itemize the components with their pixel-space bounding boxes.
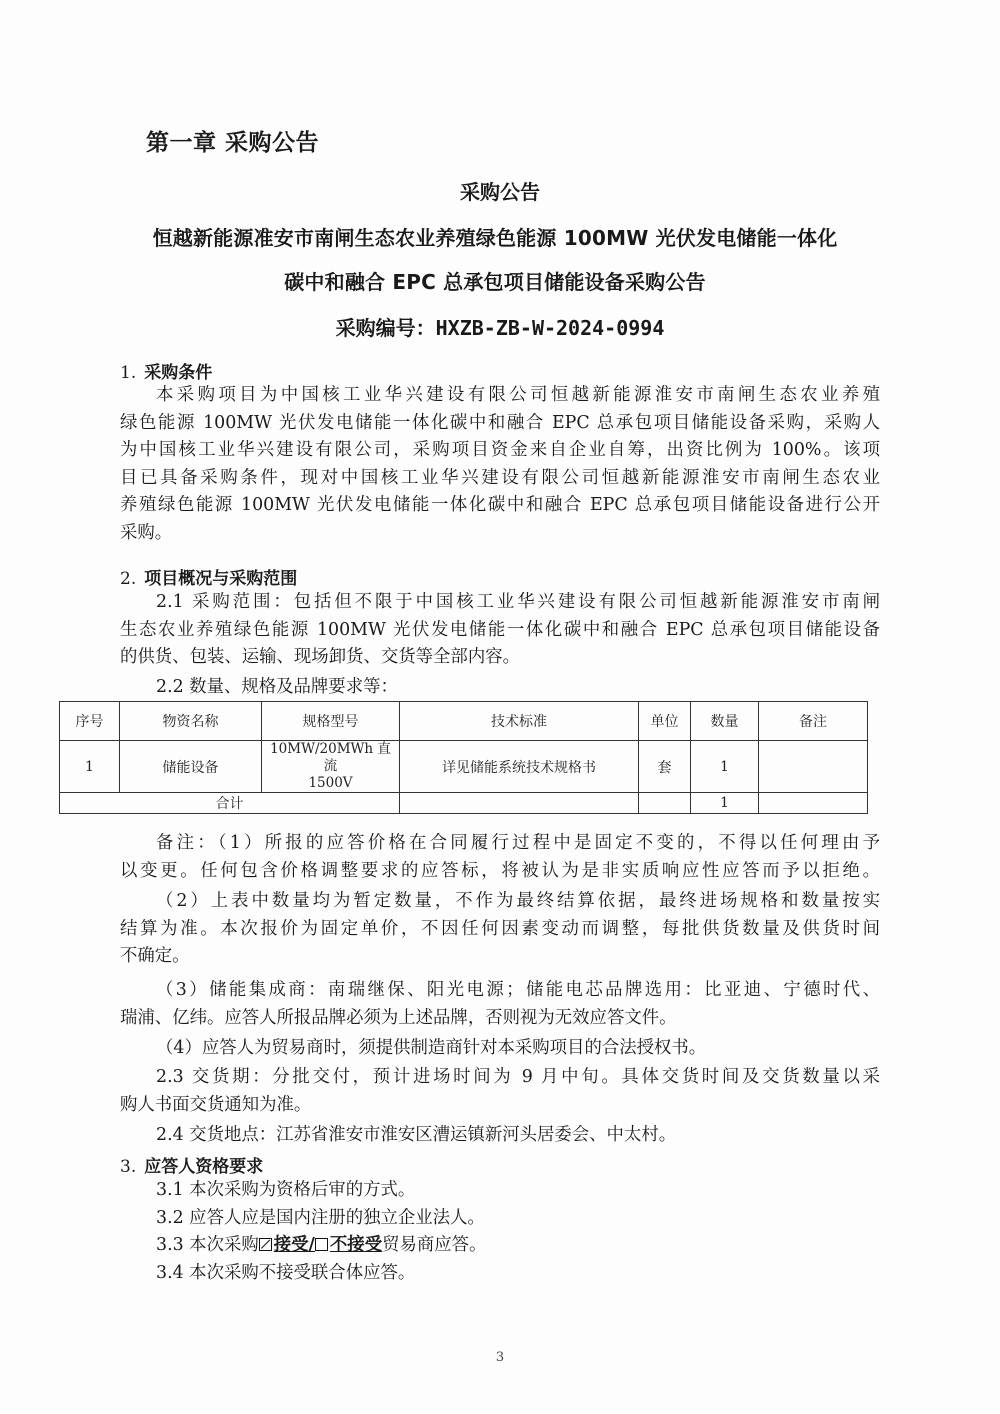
unchecked-checkbox-icon[interactable] (315, 1238, 328, 1251)
paragraph-line: 的供货、包装、运输、现场卸货、交货等全部内容。 (120, 644, 880, 672)
reject-option-label: 不接受 (330, 1235, 382, 1255)
remark-1: 备注：（1）所报的应答价格在合同履行过程中是固定不变的，不得以任何理由予 以变更… (120, 830, 880, 885)
section-1-body: 本采购项目为中国核工业华兴建设有限公司恒越新能源淮安市南闸生态农业养殖 绿色能源… (120, 382, 880, 548)
requirement-3-3-suffix: 贸易商应答。 (382, 1235, 486, 1255)
paragraph-line: （2）上表中数量均为暂定数量，不作为最终结算依据，最终进场规格和数量按实 (120, 888, 880, 916)
checked-checkbox-icon[interactable] (259, 1238, 272, 1251)
paragraph-line: 购人书面交货通知为准。 (120, 1092, 880, 1120)
cell-remark (759, 741, 868, 793)
cell-no: 1 (60, 741, 120, 793)
procurement-number: 采购编号：HXZB-ZB-W-2024-0994 (0, 312, 1000, 341)
remark-2: （2）上表中数量均为暂定数量，不作为最终结算依据，最终进场规格和数量按实 结算为… (120, 888, 880, 971)
total-empty-cell (400, 793, 639, 814)
delivery-location: 2.4 交货地点：江苏省淮安市淮安区漕运镇新河头居委会、中太村。 (120, 1122, 880, 1150)
section-2-heading: 2.项目概况与采购范围 (120, 564, 297, 589)
section-3-heading: 3.应答人资格要求 (120, 1152, 263, 1177)
paragraph-line: 瑞浦、亿纬。应答人所报品牌必须为上述品牌，否则视为无效应答文件。 (120, 1005, 880, 1033)
table-header-row: 序号 物资名称 规格型号 技术标准 单位 数量 备注 (60, 702, 868, 741)
reject-option[interactable]: 不接受 (315, 1235, 382, 1255)
procurement-number-value: HXZB-ZB-W-2024-0994 (436, 316, 665, 340)
section-2-title: 项目概况与采购范围 (144, 569, 297, 589)
scope-paragraph: 2.1 采购范围：包括但不限于中国核工业华兴建设有限公司恒越新能源淮安市南闸 生… (120, 589, 880, 672)
paragraph-line: 2.3 交货期：分批交付，预计进场时间为 9 月中旬。具体交货时间及交货数量以采 (120, 1064, 880, 1092)
total-label: 合计 (60, 793, 400, 814)
spec-line-2: 1500V (264, 775, 397, 792)
requirement-3-4: 3.4 本次采购不接受联合体应答。 (120, 1260, 880, 1288)
paragraph-line: 养殖绿色能源 100MW 光伏发电储能一体化碳中和融合 EPC 总承包项目储能设… (120, 492, 880, 520)
column-header: 数量 (691, 702, 759, 741)
notice-title: 采购公告 (0, 176, 1000, 205)
requirement-3-2: 3.2 应答人应是国内注册的独立企业法人。 (120, 1205, 880, 1233)
column-header: 物资名称 (120, 702, 262, 741)
page-number: 3 (0, 1350, 1000, 1365)
paragraph-line: 2.4 交货地点：江苏省淮安市淮安区漕运镇新河头居委会、中太村。 (120, 1122, 880, 1150)
paragraph-line: 采购。 (120, 520, 880, 548)
paragraph-line: 本采购项目为中国核工业华兴建设有限公司恒越新能源淮安市南闸生态农业养殖 (120, 382, 880, 410)
column-header: 单位 (639, 702, 691, 741)
paragraph-line: 结算为准。本次报价为固定单价，不因任何因素变动而调整，每批供货数量及供货时间 (120, 916, 880, 944)
equipment-table: 序号 物资名称 规格型号 技术标准 单位 数量 备注 1 储能设备 10MW/2… (59, 701, 868, 814)
paragraph-line: 不确定。 (120, 943, 880, 971)
cell-spec: 10MW/20MWh 直流 1500V (262, 741, 400, 793)
section-3-number: 3. (120, 1157, 136, 1177)
requirement-3-1: 3.1 本次采购为资格后审的方式。 (120, 1177, 880, 1205)
remark-4: （4）应答人为贸易商时，须提供制造商针对本采购项目的合法授权书。 (120, 1035, 880, 1063)
cell-standard: 详见储能系统技术规格书 (400, 741, 639, 793)
accept-option[interactable]: 接受 (259, 1235, 309, 1255)
cell-qty: 1 (691, 741, 759, 793)
paragraph-line: 以变更。任何包含价格调整要求的应答标，将被认为是非实质响应性应答而予以拒绝。 (120, 858, 880, 886)
section-3-items: 3.1 本次采购为资格后审的方式。 3.2 应答人应是国内注册的独立企业法人。 … (120, 1177, 880, 1287)
paragraph-line: 绿色能源 100MW 光伏发电储能一体化碳中和融合 EPC 总承包项目储能设备采… (120, 410, 880, 438)
paragraph-line: 为中国核工业华兴建设有限公司，采购项目资金来自企业自筹，出资比例为 100%。该… (120, 437, 880, 465)
section-1-heading: 1.采购条件 (120, 358, 212, 383)
total-qty: 1 (691, 793, 759, 814)
paragraph-line: 备注：（1）所报的应答价格在合同履行过程中是固定不变的，不得以任何理由予 (120, 830, 880, 858)
remark-3: （3）储能集成商：南瑞继保、阳光电源；储能电芯品牌选用：比亚迪、宁德时代、 瑞浦… (120, 977, 880, 1032)
accept-option-label: 接受 (274, 1235, 309, 1255)
section-3-title: 应答人资格要求 (144, 1157, 263, 1177)
section-1-number: 1. (120, 363, 136, 383)
column-header: 规格型号 (262, 702, 400, 741)
paragraph-line: 目已具备采购条件，现对中国核工业华兴建设有限公司恒越新能源淮安市南闸生态农业 (120, 465, 880, 493)
project-title-line-1: 恒越新能源准安市南闸生态农业养殖绿色能源 100MW 光伏发电储能一体化 (0, 222, 995, 251)
spec-intro-text: 2.2 数量、规格及品牌要求等： (120, 674, 880, 702)
paragraph-line: 2.1 采购范围：包括但不限于中国核工业华兴建设有限公司恒越新能源淮安市南闸 (120, 589, 880, 617)
table-total-row: 合计 1 (60, 793, 868, 814)
project-title-line-2: 碳中和融合 EPC 总承包项目储能设备采购公告 (0, 266, 995, 295)
chapter-title: 第一章 采购公告 (146, 124, 319, 157)
total-empty-cell (759, 793, 868, 814)
delivery-period: 2.3 交货期：分批交付，预计进场时间为 9 月中旬。具体交货时间及交货数量以采… (120, 1064, 880, 1119)
table-row: 1 储能设备 10MW/20MWh 直流 1500V 详见储能系统技术规格书 套… (60, 741, 868, 793)
cell-unit: 套 (639, 741, 691, 793)
cell-name: 储能设备 (120, 741, 262, 793)
paragraph-line: （4）应答人为贸易商时，须提供制造商针对本采购项目的合法授权书。 (120, 1035, 880, 1063)
procurement-number-label: 采购编号： (336, 316, 436, 340)
section-2-number: 2. (120, 569, 136, 589)
spec-line-1: 10MW/20MWh 直流 (264, 741, 397, 775)
section-1-title: 采购条件 (144, 363, 212, 383)
column-header: 备注 (759, 702, 868, 741)
paragraph-line: 生态农业养殖绿色能源 100MW 光伏发电储能一体化碳中和融合 EPC 总承包项… (120, 617, 880, 645)
requirement-3-3-prefix: 3.3 本次采购 (156, 1235, 259, 1255)
spec-intro: 2.2 数量、规格及品牌要求等： (120, 674, 880, 702)
requirement-3-3: 3.3 本次采购接受/不接受贸易商应答。 (120, 1232, 880, 1260)
document-page: 第一章 采购公告 采购公告 恒越新能源准安市南闸生态农业养殖绿色能源 100MW… (0, 0, 1000, 1414)
total-empty-cell (639, 793, 691, 814)
column-header: 序号 (60, 702, 120, 741)
column-header: 技术标准 (400, 702, 639, 741)
paragraph-line: （3）储能集成商：南瑞继保、阳光电源；储能电芯品牌选用：比亚迪、宁德时代、 (120, 977, 880, 1005)
